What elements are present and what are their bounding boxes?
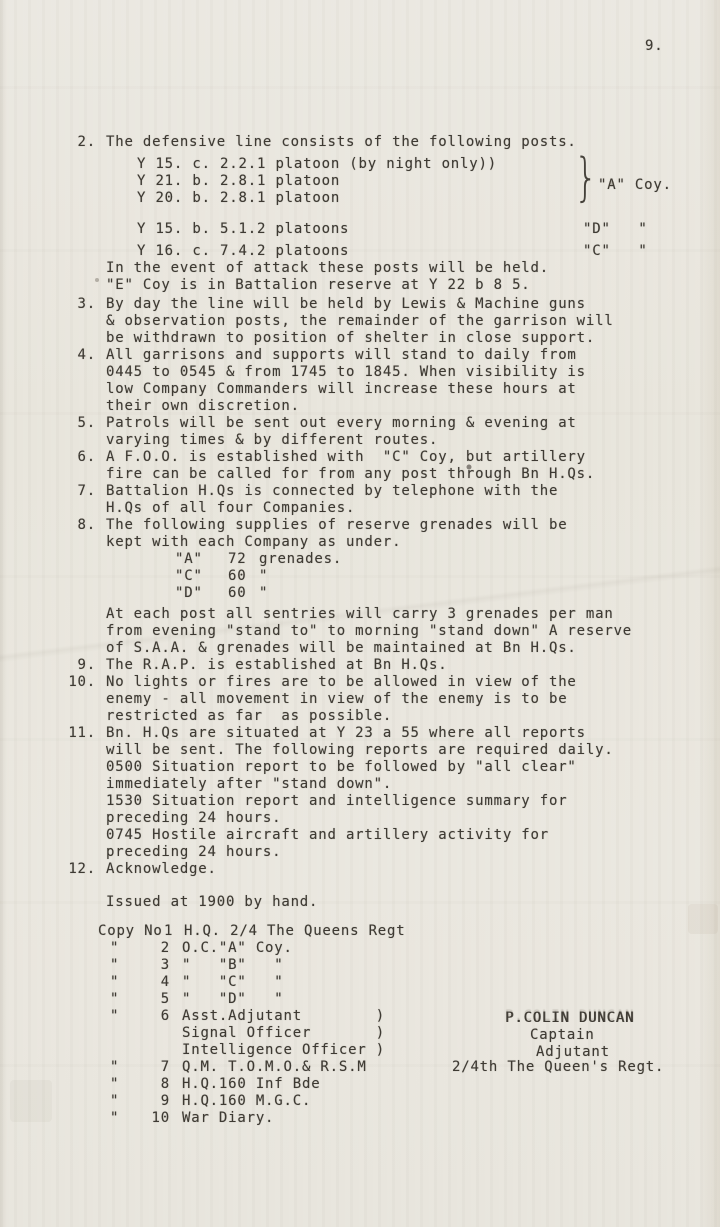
copy-recipient: H.Q. 2/4 The Queens Regt [184,923,406,940]
text-line: At each post all sentries will carry 3 g… [106,606,720,623]
copy-number: 4 [124,974,170,991]
item-body: The following supplies of reserve grenad… [106,517,720,657]
copy-recipient: H.Q.160 M.G.C. [182,1093,311,1110]
grenade-row: "A" 72 grenades. [106,551,720,568]
order-item-11: 11. Bn. H.Qs are situated at Y 23 a 55 w… [0,725,720,861]
text-line: fire can be called for from any post thr… [106,466,720,483]
distribution-list: Copy No 1 H.Q. 2/4 The Queens Regt " 2 O… [98,923,720,1127]
post-strength: 2 platoons [257,221,349,238]
order-item-2: 2. The defensive line consists of the fo… [0,134,720,294]
item-body: All garrisons and supports will stand to… [106,347,720,415]
copy-no-label: Copy No [98,923,164,940]
text-line: H.Qs of all four Companies. [106,500,720,517]
copy-number: 2 [124,940,170,957]
text-line: from evening "stand to" to morning "stan… [106,623,720,640]
text-line: No lights or fires are to be allowed in … [106,674,720,691]
issued-line: Issued at 1900 by hand. [106,894,720,911]
grenade-row: "C" 60 " [106,568,720,585]
text-line: restricted as far as possible. [106,708,720,725]
company-label: "C" " [583,243,648,260]
copy-recipient: H.Q.160 Inf Bde [182,1076,320,1093]
ditto-mark: " [110,974,124,991]
text-line: Patrols will be sent out every morning &… [106,415,720,432]
text-line: "E" Coy is in Battalion reserve at Y 22 … [106,277,720,294]
ditto-mark: " [110,991,124,1008]
post-strength: 2 platoons [257,243,349,260]
item-body: Battalion H.Qs is connected by telephone… [106,483,720,517]
order-item-6: 6. A F.O.O. is established with "C" Coy,… [0,449,720,483]
item-body: No lights or fires are to be allowed in … [106,674,720,725]
text-line: & observation posts, the remainder of th… [106,313,720,330]
grenade-supply-table: "A" 72 grenades. "C" 60 " "D" 60 " [106,551,720,602]
item-body: The defensive line consists of the follo… [106,134,720,294]
order-item-7: 7. Battalion H.Qs is connected by teleph… [0,483,720,517]
document-page: 9. 2. The defensive line consists of the… [0,0,720,1227]
item-body: Bn. H.Qs are situated at Y 23 a 55 where… [106,725,720,861]
copy-number: 10 [124,1110,170,1127]
distribution-row-7: " 7 Q.M. T.O.M.O.& R.S.M 2/4th The Queen… [98,1059,720,1076]
item-number: 10. [0,674,96,725]
ditto-mark: " [110,1008,124,1059]
group-brace-icon: } [574,147,598,209]
copy-number: 6 [124,1008,170,1059]
order-item-3: 3. By day the line will be held by Lewis… [0,296,720,347]
signature-block: P.COLIN DUNCAN Captain Adjutant [505,1010,634,1061]
text-line: 0745 Hostile aircraft and artillery acti… [106,827,720,844]
signature-title: Adjutant [536,1044,634,1061]
text-line: of S.A.A. & grenades will be maintained … [106,640,720,657]
company-cell: "D" [175,585,228,602]
copy-number: 3 [124,957,170,974]
text-line: The defensive line consists of the follo… [106,134,720,151]
text-line: A F.O.O. is established with "C" Coy, bu… [106,449,720,466]
post-strength: 1 platoon [257,173,340,190]
item-number: 5. [0,415,96,449]
item-body: A F.O.O. is established with "C" Coy, bu… [106,449,720,483]
distribution-row: " 2 O.C."A" Coy. [98,940,720,957]
item-body: Acknowledge. [106,861,720,878]
item-number: 11. [0,725,96,861]
text-line: The following supplies of reserve grenad… [106,517,720,534]
signature-unit: 2/4th The Queen's Regt. [452,1059,664,1076]
copy-number: 5 [124,991,170,1008]
ditto-mark: " [110,1059,124,1076]
company-cell: "C" [175,568,228,585]
text-line: In the event of attack these posts will … [106,260,720,277]
distribution-row: " 9 H.Q.160 M.G.C. [98,1093,720,1110]
post-row: Y 16. c. 7.4. 2 platoons "C" " [106,243,720,260]
distribution-row: " 8 H.Q.160 Inf Bde [98,1076,720,1093]
order-item-9: 9. The R.A.P. is established at Bn H.Qs. [0,657,720,674]
text-line: low Company Commanders will increase the… [106,381,720,398]
text-line: their own discretion. [106,398,720,415]
text-line: preceding 24 hours. [106,844,720,861]
item-body: The R.A.P. is established at Bn H.Qs. [106,657,720,674]
orders-content: 2. The defensive line consists of the fo… [0,134,720,1127]
copy-recipient: War Diary. [182,1110,274,1127]
copy-recipient: Q.M. T.O.M.O.& R.S.M [182,1059,367,1076]
page-number: 9. [645,38,663,55]
copy-number: 9 [124,1093,170,1110]
copy-number: 7 [124,1059,170,1076]
grenade-notes: At each post all sentries will carry 3 g… [106,606,720,657]
text-line: 0500 Situation report to be followed by … [106,759,720,776]
item-number: 4. [0,347,96,415]
copy-recipient: Signal Officer ) [182,1025,385,1042]
unit-cell: " [259,585,268,602]
text-line: 1530 Situation report and intelligence s… [106,793,720,810]
order-item-12: 12. Acknowledge. [0,861,720,878]
quantity-cell: 60 [228,568,259,585]
post-strength: 1 platoon [257,190,340,207]
company-cell: "A" [175,551,228,568]
item-body: Patrols will be sent out every morning &… [106,415,720,449]
text-line: kept with each Company as under. [106,534,720,551]
item-number: 7. [0,483,96,517]
text-line: preceding 24 hours. [106,810,720,827]
company-label: "D" " [583,221,648,238]
post-row: Y 15. c. 2.2. 1 platoon (by night only)) [106,156,720,173]
text-line: 0445 to 0545 & from 1745 to 1845. When v… [106,364,720,381]
copy-number: 8 [124,1076,170,1093]
signature-rank: Captain [530,1027,634,1044]
text-line: Battalion H.Qs is connected by telephone… [106,483,720,500]
text-line: enemy - all movement in view of the enem… [106,691,720,708]
distribution-row: " 4 " "C" " [98,974,720,991]
ditto-mark: " [110,1093,124,1110]
post-coordinate: Y 21. b. 2.8. [137,173,257,190]
copy-recipient: " "D" " [182,991,284,1008]
text-line: immediately after "stand down". [106,776,720,793]
copy-recipient: " "B" " [182,957,284,974]
copy-recipient: Asst.Adjutant ) [182,1008,385,1025]
ditto-mark: " [110,1076,124,1093]
ditto-mark: " [110,957,124,974]
order-item-5: 5. Patrols will be sent out every mornin… [0,415,720,449]
grenade-row: "D" 60 " [106,585,720,602]
text-line: By day the line will be held by Lewis & … [106,296,720,313]
item-number: 6. [0,449,96,483]
item-number: 12. [0,861,96,878]
item-number: 8. [0,517,96,657]
copy-recipient: Intelligence Officer ) [182,1042,385,1059]
distribution-row: " 5 " "D" " [98,991,720,1008]
post-coordinate: Y 15. c. 2.2. [137,156,257,173]
ditto-mark: " [110,940,124,957]
post-coordinate: Y 16. c. 7.4. [137,243,257,260]
quantity-cell: 72 [228,551,259,568]
item-number: 2. [0,134,96,294]
distribution-row: Copy No 1 H.Q. 2/4 The Queens Regt [98,923,720,940]
unit-cell: grenades. [259,551,342,568]
text-line: The R.A.P. is established at Bn H.Qs. [106,657,720,674]
text-line: will be sent. The following reports are … [106,742,720,759]
item-number: 3. [0,296,96,347]
copy-recipient: " "C" " [182,974,284,991]
unit-cell: " [259,568,268,585]
quantity-cell: 60 [228,585,259,602]
company-group-label: "A" Coy. [598,177,672,194]
item-number: 9. [0,657,96,674]
copy-6-recipients: Asst.Adjutant ) Signal Officer ) Intelli… [170,1008,385,1059]
posts-group-dc: Y 15. b. 5.1. 2 platoons "D" " Y 16. c. … [106,221,720,260]
signature-name: P.COLIN DUNCAN [505,1010,634,1027]
text-line: All garrisons and supports will stand to… [106,347,720,364]
text-line: varying times & by different routes. [106,432,720,449]
copy-recipient: O.C."A" Coy. [182,940,293,957]
order-item-4: 4. All garrisons and supports will stand… [0,347,720,415]
text-line: Acknowledge. [106,861,720,878]
item-body: By day the line will be held by Lewis & … [106,296,720,347]
ditto-mark: " [110,1110,124,1127]
distribution-row: " 3 " "B" " [98,957,720,974]
text-line: Bn. H.Qs are situated at Y 23 a 55 where… [106,725,720,742]
order-item-8: 8. The following supplies of reserve gre… [0,517,720,657]
posts-group-a: Y 15. c. 2.2. 1 platoon (by night only))… [106,156,720,207]
post-strength: 1 platoon (by night only)) [257,156,497,173]
text-line: be withdrawn to position of shelter in c… [106,330,720,347]
post-coordinate: Y 15. b. 5.1. [137,221,257,238]
post-row: Y 15. b. 5.1. 2 platoons "D" " [106,221,720,238]
copy-number: 1 [164,923,172,940]
order-item-10: 10. No lights or fires are to be allowed… [0,674,720,725]
distribution-row: " 10 War Diary. [98,1110,720,1127]
post-coordinate: Y 20. b. 2.8. [137,190,257,207]
